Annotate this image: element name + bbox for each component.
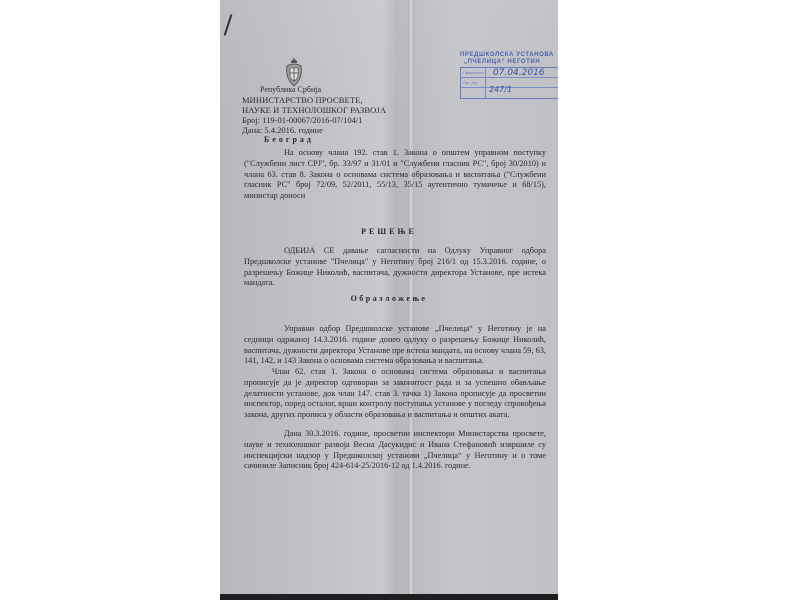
stamp-org-line2: „ПЧЕЛИЦА“ НЕГОТИН	[464, 59, 540, 65]
document-photo: Република Србија МИНИСТАРСТВО ПРОСВЕТЕ, …	[220, 0, 558, 600]
reasoning-paragraph: Управни одбор Предшколске установе „Пчел…	[244, 324, 546, 367]
reasoning-paragraph: Члан 62. став 1. Закона о основама систе…	[244, 367, 546, 421]
serbian-coat-of-arms-icon	[284, 58, 304, 88]
ministry-name-line2: НАУКЕ И ТЕХНОЛОШКОГ РАЗВОЈА	[242, 105, 386, 115]
official-letter: Република Србија МИНИСТАРСТВО ПРОСВЕТЕ, …	[220, 0, 558, 600]
stamp-org-line1: ПРЕДШКОЛСКА УСТАНОВА	[460, 52, 554, 58]
stamp-number: 247/1	[489, 85, 512, 94]
stamp-date: 07.04.2016	[493, 68, 545, 78]
stamp-box: Примљено: Орг. јед. 07.04.2016 247/1	[460, 67, 558, 99]
republic-name: Република Србија	[242, 85, 386, 95]
stamp-label-org: Орг. јед.	[463, 80, 478, 85]
received-stamp: ПРЕДШКОЛСКА УСТАНОВА „ПЧЕЛИЦА“ НЕГОТИН П…	[460, 52, 558, 92]
reasoning-paragraph: Дана 30.3.2016. године, просветни инспек…	[244, 429, 546, 472]
issue-city: Београд	[242, 135, 386, 145]
decision-title: РЕШЕЊЕ	[220, 227, 558, 236]
issue-date: Дана: 5.4.2016. године	[242, 125, 386, 135]
stamp-label-received: Примљено:	[463, 70, 484, 75]
ministry-name-line1: МИНИСТАРСТВО ПРОСВЕТЕ,	[242, 95, 386, 105]
reference-number: Број: 119-01-00067/2016-07/104/1	[242, 115, 386, 125]
reasoning-title: Образложење	[220, 294, 558, 303]
preamble: На основу члана 192. став 1. Закона о оп…	[244, 148, 546, 202]
letter-header: Република Србија МИНИСТАРСТВО ПРОСВЕТЕ, …	[242, 85, 386, 145]
decision-text: ОДБИЈА СЕ давање сагласности на Одлуку У…	[244, 246, 546, 289]
photo-background-edge	[220, 594, 558, 600]
